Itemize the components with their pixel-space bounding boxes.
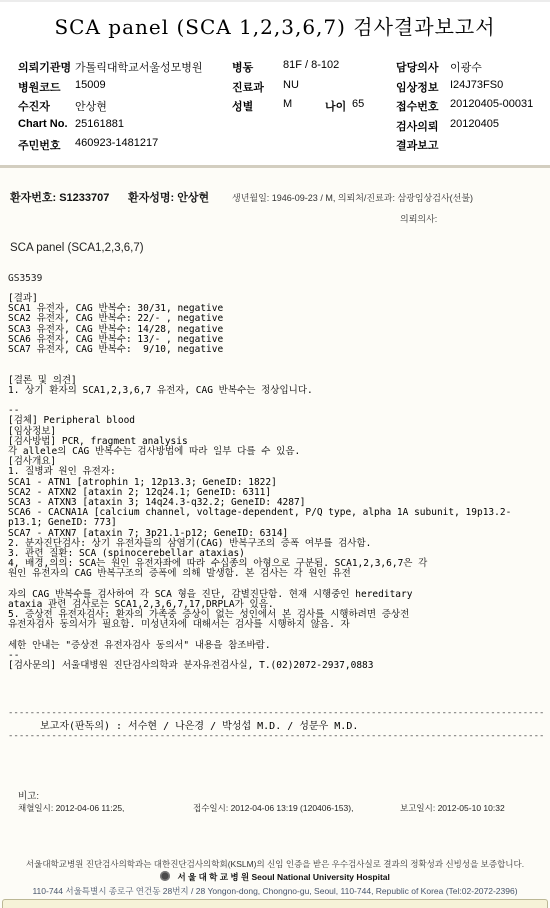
dept-value: NU [283,79,299,91]
receipt-label: 접수번호 [396,98,439,114]
patient-number: 환자번호: S1233707 [10,189,109,205]
page-title: SCA panel (SCA 1,2,3,6,7) 검사결과보고서 [0,11,550,40]
report-line: 유전자검사 동의서가 필요함. 미성년자에 대해서는 검사를 시행하지 않음. … [8,620,546,630]
report-line: 원인 유전자의 CAG 반복구조의 증폭에 의해 발생함. 본 검사는 각 원인… [8,569,546,579]
patient-birth-info: 생년월일: 1946-09-23 / M, 의뢰처/진료과: 삼광임상검사(선불… [232,191,473,204]
clinical-label: 임상정보 [396,79,439,95]
patient-name: 환자성명: 안상현 [128,189,209,205]
report-line [8,365,546,375]
accreditation-text: 서울대학교병원 진단검사의학과는 대한진단검사의학회(KSLM)의 신임 인증을… [0,858,550,870]
receipt-time: 접수일시: 2012-04-06 13:19 (120406-153), [193,802,353,814]
doctor-value: 이광수 [450,59,482,75]
report-time: 보고일시: 2012-05-10 10:32 [400,802,505,814]
clinical-value: I24J73FS0 [450,79,503,91]
age-value: 65 [352,98,364,110]
report-line: 1. 상기 환자의 SCA1,2,3,6,7 유전자, CAG 반복수는 정상입… [8,386,546,396]
patient-value: 안상현 [75,98,107,114]
receipt-value: 20120405-00031 [450,98,533,110]
report-page: SCA panel (SCA 1,2,3,6,7) 검사결과보고서 의뢰기관명 … [0,0,550,908]
report-line: 세한 안내는 "증상전 유전자검사 동의서" 내용을 참조바람. [8,641,546,651]
org-value: 가톨릭대학교서울성모병원 [75,59,203,75]
hospital-name-kr: 서 울 대 학 교 병 원 [177,872,249,882]
test-code: GS3539 [8,273,42,284]
patient-label: 수진자 [18,98,50,114]
org-label: 의뢰기관명 [18,59,71,75]
hospital-name-en: Seoul National University Hospital [252,872,390,882]
hospital-name-line: 서 울 대 학 교 병 원 Seoul National University … [0,871,550,883]
report-line: [검사문의] 서울대병원 진단검사의학과 분자유전검사실, T.(02)2072… [8,661,546,671]
hospcode-label: 병원코드 [18,79,61,95]
reportdate-label: 결과보고 [396,137,439,153]
report-line [8,396,546,406]
ward-label: 병동 [232,59,253,75]
rrn-value: 460923-1481217 [75,137,158,149]
chart-label: Chart No. [18,118,68,130]
doctor-label: 담당의사 [396,59,439,75]
report-line: [검체] Peripheral blood [8,416,546,426]
sex-label: 성별 [232,98,253,114]
hospcode-value: 15009 [75,79,106,91]
chart-value: 25161881 [75,118,124,130]
order-label: 검사의뢰 [396,118,439,134]
bottom-strip [2,899,548,908]
draw-time: 채혈일시: 2012-04-06 11:25, [18,802,124,814]
report-section-title: SCA panel (SCA1,2,3,6,7) [10,242,144,254]
hospital-address: 110-744 서울특별시 종로구 연건동 28번지 / 28 Yongon-d… [0,885,550,897]
dept-label: 진료과 [232,79,264,95]
snuh-logo-icon [160,871,170,881]
report-line [8,355,546,365]
ward-value: 81F / 8-102 [283,59,339,71]
rrn-label: 주민번호 [18,137,61,153]
order-value: 20120405 [450,118,499,130]
remark-label: 비고: [18,788,39,802]
reporter-names: 보고자(판독의) : 서수현 / 나은경 / 박성섭 M.D. / 성문우 M.… [40,717,358,732]
reporter-divider-bottom: ----------------------------------------… [8,731,543,741]
referring-doctor: 의뢰의사: [400,212,437,225]
report-line: 각 allele의 CAG 반복수는 검사방법에 따라 일부 다를 수 있음. [8,447,546,457]
sex-value: M [283,98,292,110]
age-label: 나이 [325,98,346,114]
report-line: SCA7 유전자, CAG 반복수: 9/10, negative [8,345,546,355]
report-body: [결과]SCA1 유전자, CAG 반복수: 30/31, negativeSC… [8,294,546,671]
